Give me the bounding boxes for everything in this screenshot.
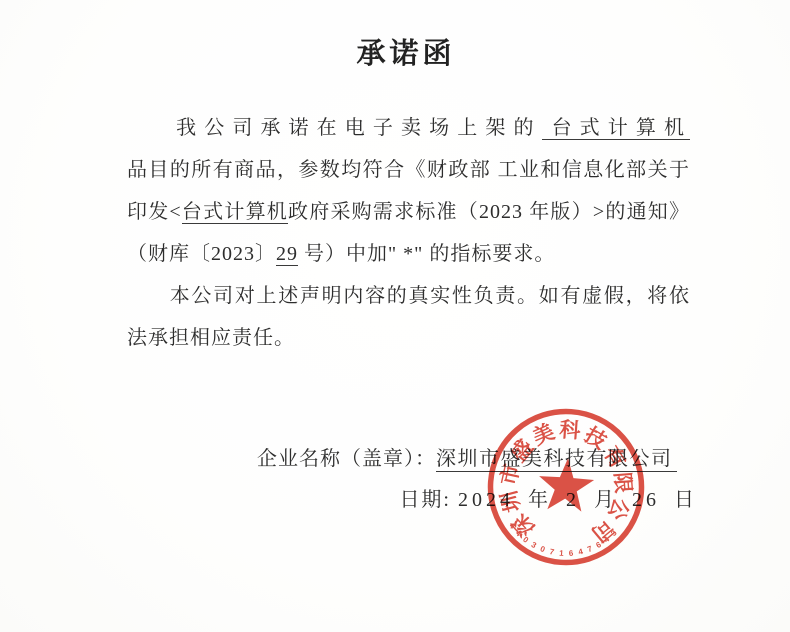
body-line-3-pre: 印发< [127,201,182,223]
document-title: 承诺函 [11,36,790,72]
body-line-6: 法承担相应责任。 [127,317,690,359]
body-line-4-pre: （财库〔2023〕 [127,243,276,265]
document-body: 我公司承诺在电子卖场上架的台式计算机 品目的所有商品，参数均符合《财政部 工业和… [127,107,690,359]
seal-star-icon [537,456,596,512]
body-line-1: 我公司承诺在电子卖场上架的台式计算机 [127,107,690,149]
body-line-3: 印发<台式计算机政府采购需求标准（2023 年版）>的通知》 [127,191,690,233]
svg-text:美: 美 [529,419,558,449]
svg-text:6: 6 [568,549,574,558]
body-line-5: 本公司对上述声明内容的真实性负责。如有虚假，将依 [127,275,690,317]
body-line-5-text: 本公司对上述声明内容的真实性负责。如有虚假，将依 [169,285,690,307]
svg-text:3: 3 [530,540,539,550]
date-label: 日期: [399,489,458,511]
paragraph-indent [127,133,169,134]
svg-text:7: 7 [586,544,594,554]
underlined-product-category: 台式计算机 [542,117,690,140]
svg-text:限: 限 [610,471,636,494]
company-label: 企业名称（盖章）： [257,448,436,470]
body-line-4: （财库〔2023〕29 号）中加" *" 的指标要求。 [127,233,690,275]
document-page: 承诺函 我公司承诺在电子卖场上架的台式计算机 品目的所有商品，参数均符合《财政部… [0,0,790,632]
body-line-3-post: 政府采购需求标准（2023 年版）>的通知》 [288,201,690,223]
body-line-2: 品目的所有商品，参数均符合《财政部 工业和信息化部关于 [127,149,690,191]
underlined-document-number: 29 [276,243,298,266]
paragraph-indent [127,301,169,302]
svg-text:科: 科 [559,417,583,442]
svg-text:4: 4 [577,547,584,557]
underlined-standard-name: 台式计算机 [182,201,288,224]
svg-text:7: 7 [549,547,556,557]
svg-text:市: 市 [496,462,524,488]
company-seal: 深圳市盛美科技有限公司 4403071647643 [469,390,663,584]
svg-text:1: 1 [559,549,565,558]
svg-text:公: 公 [603,495,633,524]
body-line-4-post: 号）中加" *" 的指标要求。 [298,243,555,265]
svg-text:0: 0 [539,544,547,554]
body-line-1-text: 我公司承诺在电子卖场上架的 [169,117,542,139]
svg-text:有: 有 [599,442,630,472]
svg-text:圳: 圳 [497,488,526,514]
